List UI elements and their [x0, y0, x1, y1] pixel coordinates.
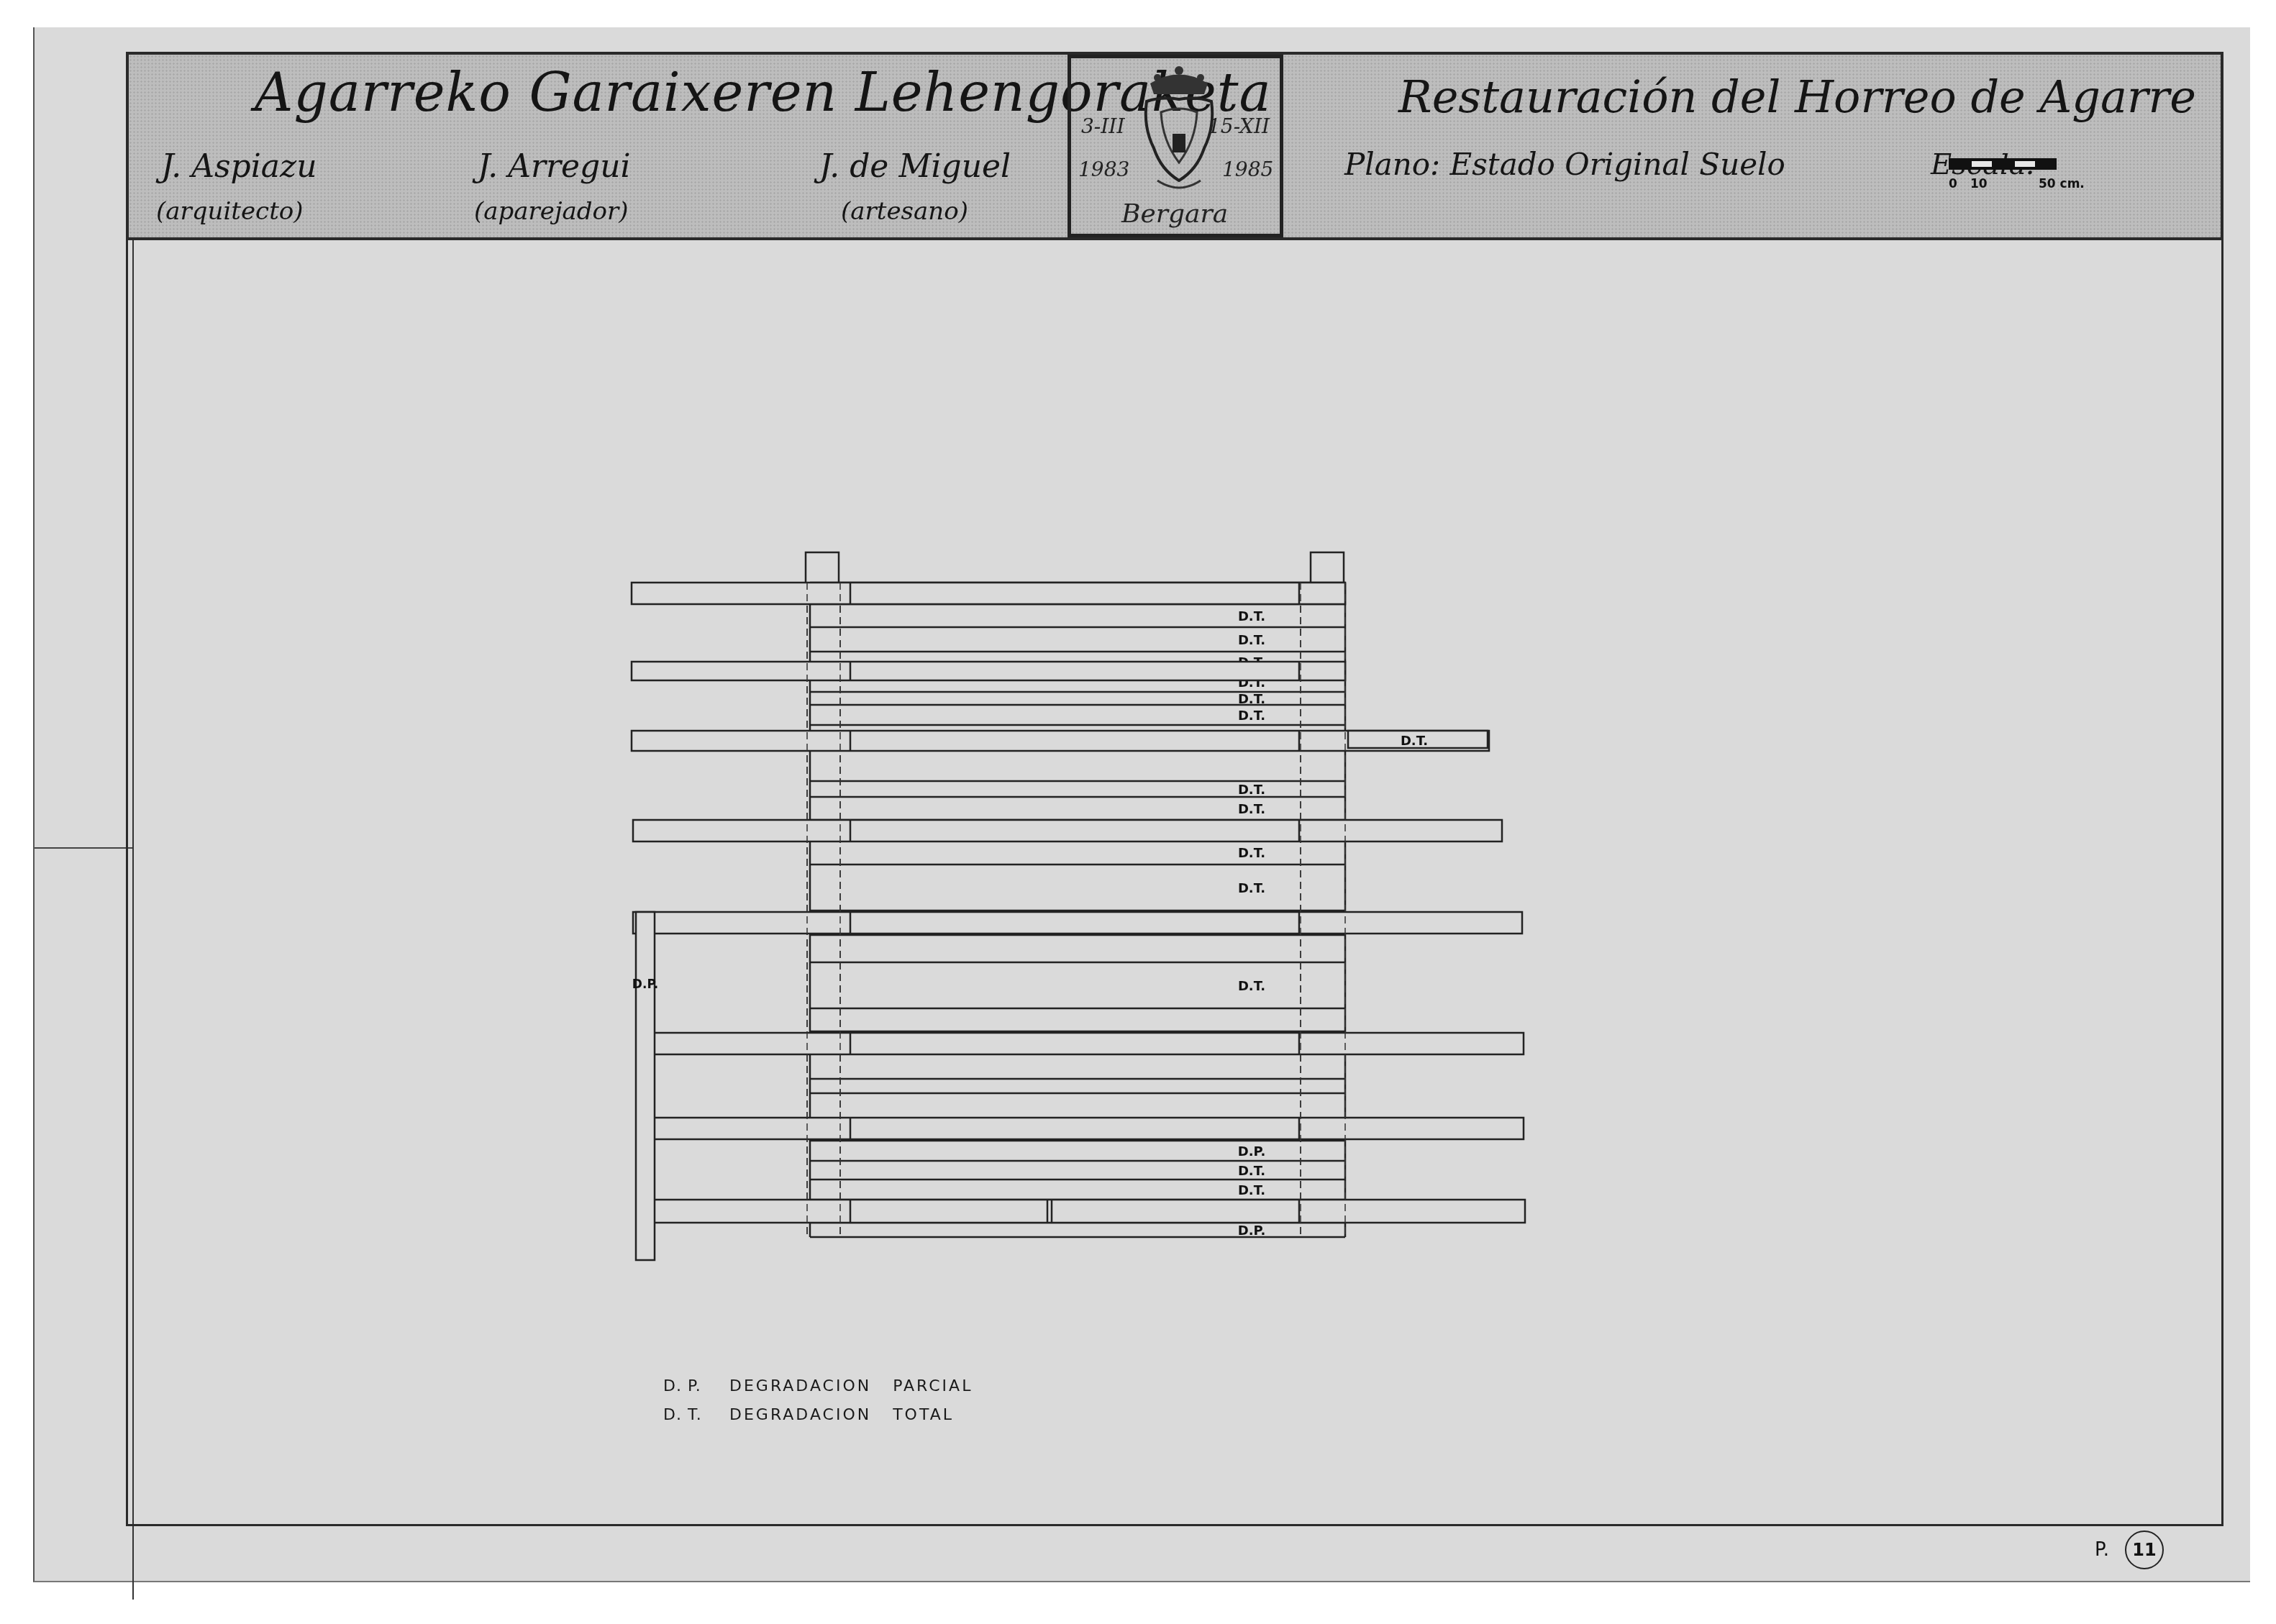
cross-beam: [633, 912, 1522, 934]
degradation-label: D.T.: [1238, 1164, 1265, 1179]
legend-item-partial: D. P. DEGRADACION PARCIAL: [663, 1372, 973, 1401]
degradation-label: D.T.: [1238, 846, 1265, 861]
post-cap: [806, 552, 839, 584]
legend-text: DEGRADACION PARCIAL: [729, 1372, 973, 1401]
degradation-label: D.T.: [1238, 708, 1265, 724]
degradation-label: D.T.: [1238, 609, 1265, 624]
cross-beam: [652, 1033, 1524, 1054]
legend-abbr: D. P.: [663, 1372, 729, 1401]
degradation-label: D.P.: [632, 977, 658, 992]
sheet-prefix: P.: [2095, 1539, 2109, 1561]
degradation-label: D.T.: [1238, 633, 1265, 648]
degradation-label: D.T.: [1238, 979, 1265, 994]
legend-item-total: D. T. DEGRADACION TOTAL: [663, 1401, 973, 1430]
side-beam: [636, 912, 655, 1260]
cross-beam: [652, 1200, 1525, 1223]
cross-beam: [652, 1118, 1524, 1139]
degradation-label: D.T.: [1238, 802, 1265, 817]
degradation-label: D.P.: [1238, 1144, 1266, 1159]
cross-beam: [632, 583, 1345, 604]
degradation-label: D.T.: [1238, 881, 1265, 896]
legend: D. P. DEGRADACION PARCIAL D. T. DEGRADAC…: [663, 1372, 973, 1430]
legend-abbr: D. T.: [663, 1401, 729, 1430]
sheet-number: P. 11: [2095, 1531, 2164, 1569]
degradation-label: D.T.: [1401, 734, 1428, 749]
cross-beam: [632, 662, 1345, 680]
degradation-label: D.T.: [1238, 783, 1265, 798]
sheet-number-circle: 11: [2125, 1531, 2164, 1569]
degradation-label: D.T.: [1238, 1183, 1265, 1198]
cross-beam: [633, 820, 1502, 841]
floor-plan-drawing: D.P.D.T.D.T.D.T.D.T.D.T.D.T.D.T.D.T.D.T.…: [0, 0, 2276, 1624]
post-cap: [1311, 552, 1344, 584]
legend-text: DEGRADACION TOTAL: [729, 1401, 954, 1430]
